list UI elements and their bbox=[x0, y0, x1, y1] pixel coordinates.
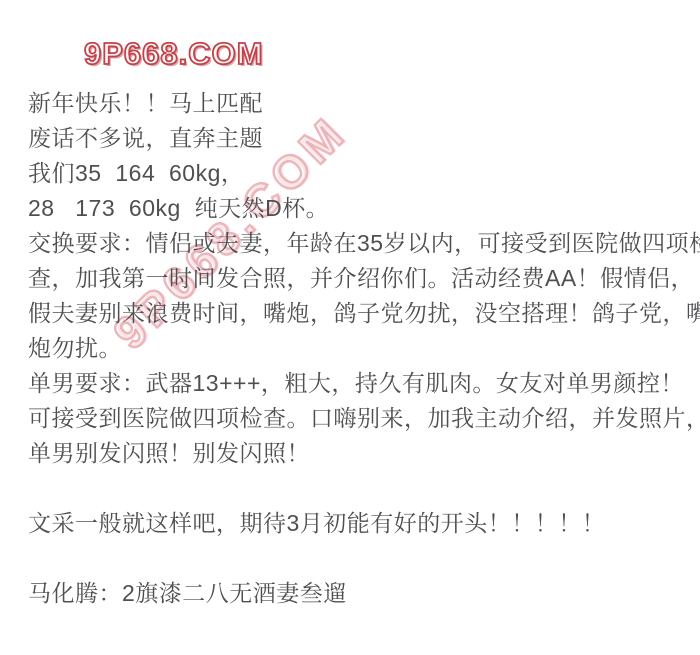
text-line: 文采一般就这样吧，期待3月初能有好的开头！！！！！ bbox=[28, 506, 688, 541]
text-line: 28 173 60kg 纯天然D杯。 bbox=[28, 191, 688, 226]
post-page: 9P668.COM 9P668.COM 新年快乐！！马上匹配 废话不多说，直奔主… bbox=[0, 0, 700, 655]
text-line: 假夫妻别来浪费时间，嘴炮，鸽子党勿扰，没空搭理！鸽子党，嘴 bbox=[28, 296, 688, 331]
text-line: 交换要求：情侣或夫妻，年龄在35岁以内，可接受到医院做四项检 bbox=[28, 226, 688, 261]
text-line-blank bbox=[28, 471, 688, 506]
text-line: 新年快乐！！马上匹配 bbox=[28, 86, 688, 121]
text-line: 单男要求：武器13+++，粗大，持久有肌肉。女友对单男颜控！ bbox=[28, 366, 688, 401]
text-line: 查，加我第一时间发合照，并介绍你们。活动经费AA！假情侣， bbox=[28, 261, 688, 296]
site-logo: 9P668.COM bbox=[84, 36, 264, 72]
post-body: 新年快乐！！马上匹配 废话不多说，直奔主题 我们35 164 60kg， 28 … bbox=[28, 86, 688, 611]
text-line: 单男别发闪照！别发闪照！ bbox=[28, 436, 688, 471]
text-line: 马化腾：2旗漆二八无酒妻叁遛 bbox=[28, 576, 688, 611]
text-line-blank bbox=[28, 541, 688, 576]
text-line: 我们35 164 60kg， bbox=[28, 156, 688, 191]
text-line: 炮勿扰。 bbox=[28, 331, 688, 366]
text-line: 废话不多说，直奔主题 bbox=[28, 121, 688, 156]
text-line: 可接受到医院做四项检查。口嗨别来，加我主动介绍，并发照片， bbox=[28, 401, 688, 436]
